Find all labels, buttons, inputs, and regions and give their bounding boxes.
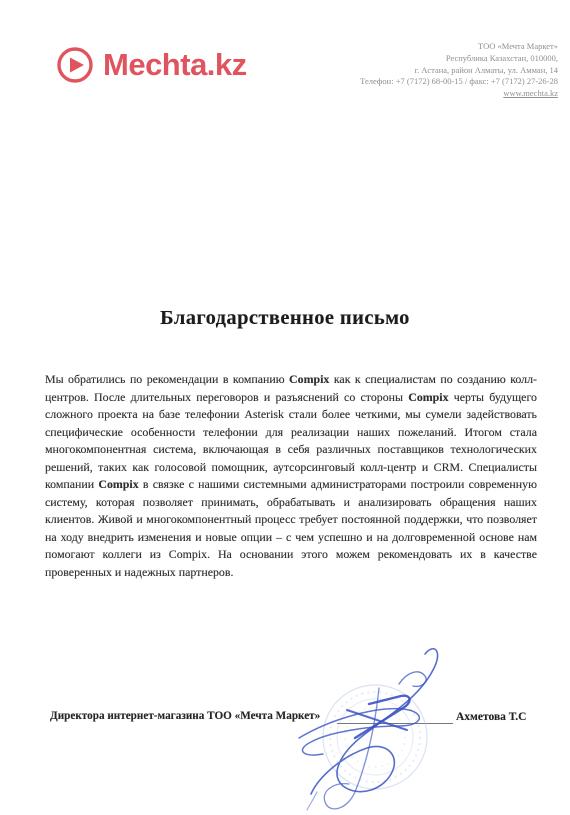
signature-name: Ахметова Т.С bbox=[456, 711, 527, 723]
body-text-segment-compix: Compix bbox=[289, 372, 329, 386]
body-text-segment-compix: Compix bbox=[98, 477, 138, 491]
body-text-segment-compix: Compix bbox=[408, 390, 448, 404]
company-name-line: ТОО «Мечта Маркет» bbox=[360, 41, 558, 53]
mechta-logo: Mechta.kz bbox=[56, 46, 247, 84]
body-text-segment: Мы обратились по рекомендации в компанию bbox=[45, 372, 289, 386]
logo-text: Mechta.kz bbox=[103, 47, 247, 83]
body-text-segment: черты будущего сложного проекта на базе … bbox=[45, 390, 537, 492]
letter-body: Мы обратились по рекомендации в компанию… bbox=[45, 371, 537, 581]
play-circle-icon bbox=[56, 46, 94, 84]
scanned-letter-page: Mechta.kz ТОО «Мечта Маркет» Республика … bbox=[0, 0, 570, 815]
letter-title: Благодарственное письмо bbox=[0, 307, 570, 330]
body-text-segment: в связке с нашими системными администрат… bbox=[45, 477, 537, 579]
stamp-icon bbox=[323, 685, 427, 789]
company-address-line: г. Астана, район Алматы, ул. Амман, 14 bbox=[360, 65, 558, 77]
signature-role-title: Директора интернет-магазина ТОО «Мечта М… bbox=[50, 710, 320, 722]
company-country-line: Республика Казахстан, 010000, bbox=[360, 53, 558, 65]
handwritten-signature-and-stamp bbox=[283, 642, 458, 814]
company-website-link: www.mechta.kz bbox=[360, 88, 558, 100]
signature-scribble bbox=[299, 649, 438, 810]
signature-line bbox=[337, 723, 453, 724]
company-phone-line: Телефон: +7 (7172) 68-00-15 / факс: +7 (… bbox=[360, 76, 558, 88]
company-info-block: ТОО «Мечта Маркет» Республика Казахстан,… bbox=[360, 41, 558, 100]
